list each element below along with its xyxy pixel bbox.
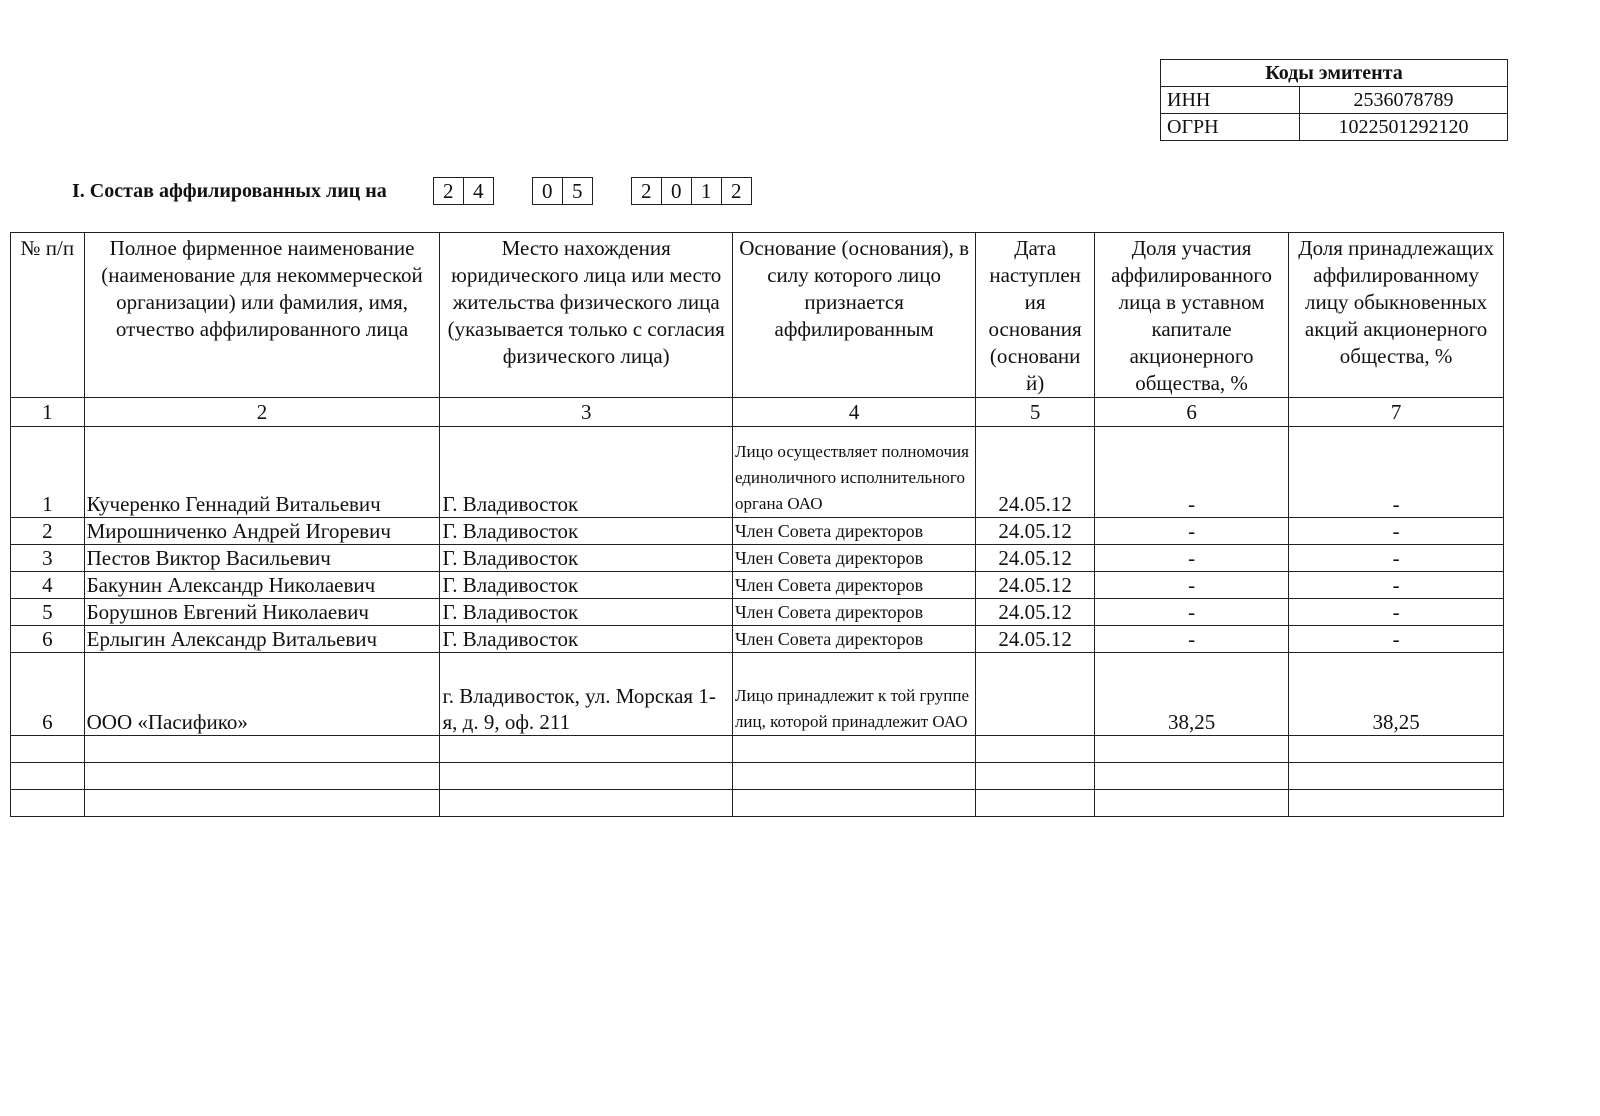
empty-cell [1289,736,1504,763]
empty-cell [11,790,85,817]
date-digit: 2 [721,178,751,204]
affiliate-name: Борушнов Евгений Николаевич [84,599,440,626]
row-number: 5 [11,599,85,626]
basis-date: 24.05.12 [976,626,1095,653]
basis-date: 24.05.12 [976,545,1095,572]
share-stock: 38,25 [1289,653,1504,736]
date-digit: 2 [632,178,661,204]
affiliate-name: Бакунин Александр Николаевич [84,572,440,599]
row-number: 6 [11,653,85,736]
date-digit: 1 [691,178,721,204]
date-digit: 5 [562,178,592,204]
table-row: 2Мирошниченко Андрей ИгоревичГ. Владивос… [11,518,1504,545]
empty-cell [1094,763,1288,790]
affiliate-name: ООО «Пасифико» [84,653,440,736]
row-number: 4 [11,572,85,599]
table-row: 1Кучеренко Геннадий ВитальевичГ. Владиво… [11,427,1504,518]
table-row: 4Бакунин Александр НиколаевичГ. Владивос… [11,572,1504,599]
empty-cell [732,790,975,817]
col-number: 4 [732,398,975,427]
affiliate-location: Г. Владивосток [440,626,732,653]
affiliation-basis: Лицо принадлежит к той группе лиц, котор… [732,653,975,736]
date-digit: 4 [463,178,493,204]
share-capital: - [1094,626,1288,653]
share-stock: - [1289,599,1504,626]
col-header-basis: Основание (основания), в силу которого л… [732,233,975,398]
header-row: № п/п Полное фирменное наименование (наи… [11,233,1504,398]
table-row: 3Пестов Виктор ВасильевичГ. ВладивостокЧ… [11,545,1504,572]
ogrn-label: ОГРН [1161,114,1300,141]
table-row: 6Ерлыгин Александр ВитальевичГ. Владивос… [11,626,1504,653]
empty-cell [976,763,1095,790]
empty-cell [1094,790,1288,817]
affiliate-location: Г. Владивосток [440,572,732,599]
affiliation-basis: Член Совета директоров [732,599,975,626]
affiliation-basis: Член Совета директоров [732,626,975,653]
date-day-boxes: 2 4 [433,177,494,205]
col-header-date: Дата наступлен ия основания (основани й) [976,233,1095,398]
col-header-share-capital: Доля участия аффилированного лица в уста… [1094,233,1288,398]
share-stock: - [1289,427,1504,518]
affiliate-name: Пестов Виктор Васильевич [84,545,440,572]
affiliate-name: Мирошниченко Андрей Игоревич [84,518,440,545]
affiliate-location: г. Владивосток, ул. Морская 1-я, д. 9, о… [440,653,732,736]
col-number: 3 [440,398,732,427]
empty-cell [732,763,975,790]
empty-cell [440,790,732,817]
empty-cell [11,763,85,790]
empty-cell [84,790,440,817]
col-header-location: Место нахождения юридического лица или м… [440,233,732,398]
affiliate-location: Г. Владивосток [440,545,732,572]
share-capital: - [1094,427,1288,518]
basis-date: 24.05.12 [976,518,1095,545]
empty-cell [976,736,1095,763]
share-stock: - [1289,545,1504,572]
empty-cell [440,736,732,763]
empty-cell [84,763,440,790]
affiliation-basis: Член Совета директоров [732,518,975,545]
share-capital: - [1094,545,1288,572]
affiliate-name: Кучеренко Геннадий Витальевич [84,427,440,518]
col-header-share-stock: Доля принадлежащих аффилированному лицу … [1289,233,1504,398]
col-number: 5 [976,398,1095,427]
basis-date: 24.05.12 [976,427,1095,518]
basis-date [976,653,1095,736]
col-header-name: Полное фирменное наименование (наименова… [84,233,440,398]
empty-cell [1289,763,1504,790]
row-number: 3 [11,545,85,572]
share-stock: - [1289,518,1504,545]
section-title-row: I. Состав аффилированных лиц на 2 4 0 5 … [72,176,790,206]
affiliate-name: Ерлыгин Александр Витальевич [84,626,440,653]
table-row: 6ООО «Пасифико»г. Владивосток, ул. Морск… [11,653,1504,736]
row-number: 1 [11,427,85,518]
date-digit: 0 [533,178,562,204]
share-stock: - [1289,572,1504,599]
table-row: 5Борушнов Евгений НиколаевичГ. Владивост… [11,599,1504,626]
issuer-codes-title: Коды эмитента [1161,60,1508,87]
empty-table-row [11,763,1504,790]
share-capital: 38,25 [1094,653,1288,736]
affiliation-basis: Лицо осуществляет полномочия единоличног… [732,427,975,518]
row-number: 2 [11,518,85,545]
empty-table-row [11,790,1504,817]
basis-date: 24.05.12 [976,599,1095,626]
basis-date: 24.05.12 [976,572,1095,599]
issuer-codes-table: Коды эмитента ИНН 2536078789 ОГРН 102250… [1160,59,1508,141]
empty-cell [440,763,732,790]
empty-cell [84,736,440,763]
inn-label: ИНН [1161,87,1300,114]
affiliation-basis: Член Совета директоров [732,572,975,599]
col-number: 2 [84,398,440,427]
share-stock: - [1289,626,1504,653]
inn-value: 2536078789 [1300,87,1508,114]
share-capital: - [1094,599,1288,626]
affiliate-location: Г. Владивосток [440,427,732,518]
empty-cell [732,736,975,763]
empty-cell [11,736,85,763]
affiliate-location: Г. Владивосток [440,518,732,545]
affiliates-table: № п/п Полное фирменное наименование (наи… [10,232,1504,817]
empty-cell [1289,790,1504,817]
column-number-row: 1 2 3 4 5 6 7 [11,398,1504,427]
col-number: 7 [1289,398,1504,427]
col-number: 6 [1094,398,1288,427]
row-number: 6 [11,626,85,653]
share-capital: - [1094,518,1288,545]
empty-cell [1094,736,1288,763]
share-capital: - [1094,572,1288,599]
date-month-boxes: 0 5 [532,177,593,205]
affiliation-basis: Член Совета директоров [732,545,975,572]
col-header-num: № п/п [11,233,85,398]
empty-table-row [11,736,1504,763]
empty-cell [976,790,1095,817]
affiliate-location: Г. Владивосток [440,599,732,626]
date-digit: 0 [661,178,691,204]
date-digit: 2 [434,178,463,204]
col-number: 1 [11,398,85,427]
section-title: I. Состав аффилированных лиц на [72,180,387,203]
date-year-boxes: 2 0 1 2 [631,177,752,205]
ogrn-value: 1022501292120 [1300,114,1508,141]
